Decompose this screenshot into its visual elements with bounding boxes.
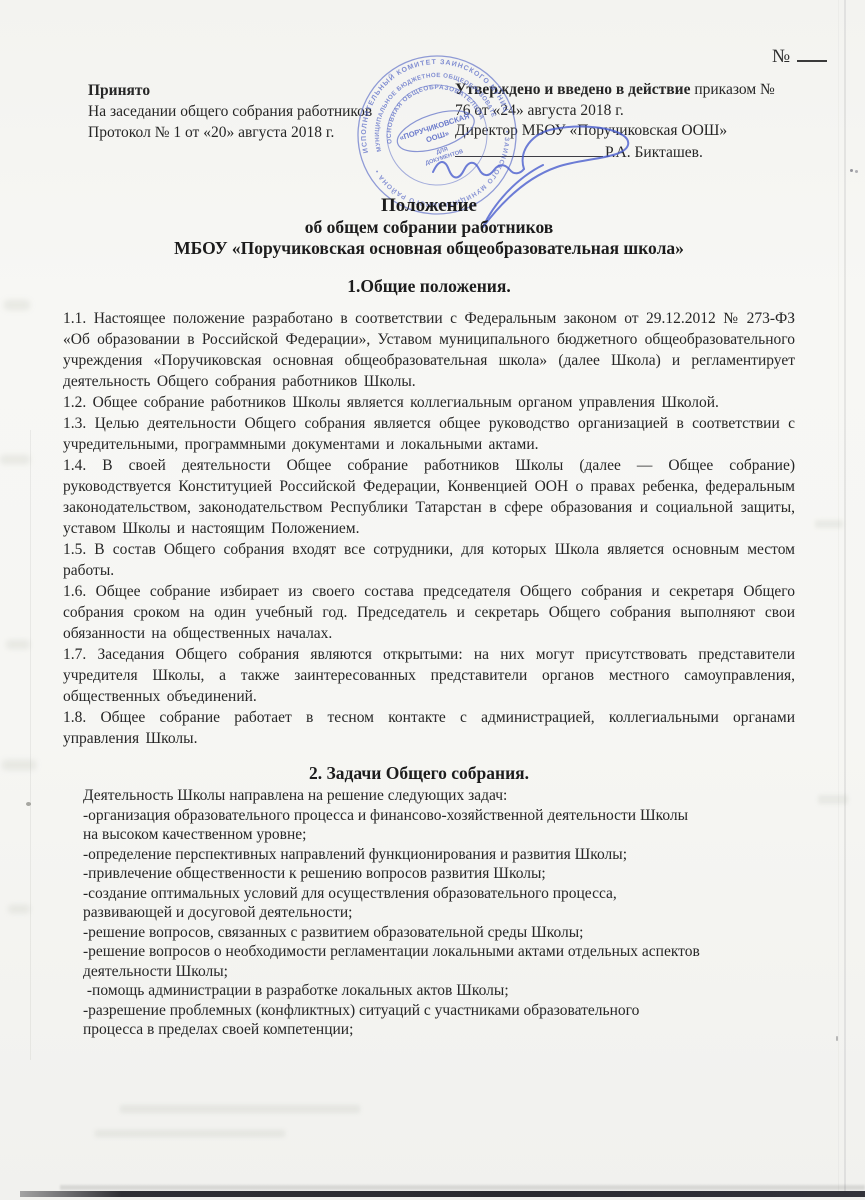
- task-item: -определение перспективных направлений ф…: [83, 845, 701, 865]
- section-tasks: 2. Задачи Общего собрания. Деятельность …: [83, 763, 701, 1040]
- section-2-intro: Деятельность Школы направлена на решение…: [83, 786, 701, 806]
- document-body: 1.Общие положения. 1.1. Настоящее положе…: [63, 276, 795, 1040]
- scan-bottom-shadow: [60, 1185, 865, 1190]
- title-line3: МБОУ «Поручиковская основная общеобразов…: [63, 238, 795, 259]
- paragraph-1-6: 1.6. Общее собрание избирает из своего с…: [63, 581, 795, 644]
- approved-rest: приказом №: [690, 81, 774, 98]
- ink-bleed: [95, 1130, 285, 1137]
- title-line2: об общем собрании работников: [63, 217, 795, 238]
- ink-bleed: [2, 760, 36, 770]
- signature-stroke: [433, 162, 524, 178]
- scan-fold-line: [30, 430, 31, 1060]
- ink-bleed: [818, 795, 848, 804]
- scan-edge-line: [844, 0, 846, 1191]
- paragraph-1-5: 1.5. В состав Общего собрания входят все…: [63, 539, 795, 581]
- ink-bleed: [120, 1105, 360, 1113]
- title-line1: Положение: [63, 194, 795, 217]
- task-item: -решение вопросов, связанных с развитием…: [83, 923, 701, 943]
- doc-number-label: №: [772, 46, 790, 67]
- task-item: -организация образовательного процесса и…: [83, 806, 701, 845]
- doc-number-blank-line: [797, 40, 827, 62]
- scan-speck: [850, 169, 853, 172]
- scan-bottom-edge: [20, 1191, 865, 1197]
- task-item: -создание оптимальных условий для осущес…: [83, 884, 701, 923]
- paragraph-1-7: 1.7. Заседания Общего собрания являются …: [63, 644, 795, 707]
- paragraph-1-3: 1.3. Целью деятельности Общего собрания …: [63, 413, 795, 455]
- task-item: -привлечение общественности к решению во…: [83, 864, 701, 884]
- section-2-heading: 2. Задачи Общего собрания.: [63, 763, 775, 784]
- scanned-document-page: № Принято На заседании общего собрания р…: [0, 0, 865, 1200]
- ink-bleed: [4, 300, 30, 310]
- document-title: Положение об общем собрании работников М…: [63, 194, 795, 259]
- paragraph-1-8: 1.8. Общее собрание работает в тесном ко…: [63, 707, 795, 749]
- doc-number: №: [772, 40, 827, 68]
- ink-bleed: [6, 640, 30, 649]
- section-1-heading: 1.Общие положения.: [63, 276, 795, 297]
- paragraph-1-4: 1.4. В своей деятельности Общее собрание…: [63, 455, 795, 539]
- scan-speck: [836, 1036, 838, 1041]
- task-item: -помощь администрации в разработке локал…: [83, 981, 701, 1001]
- task-item: -разрешение проблемных (конфликтных) сит…: [83, 1001, 701, 1040]
- ink-bleed: [815, 520, 843, 528]
- ink-bleed: [8, 905, 30, 913]
- ink-bleed: [0, 455, 30, 464]
- section-general: 1.Общие положения. 1.1. Настоящее положе…: [63, 276, 795, 749]
- scan-speck: [26, 802, 31, 806]
- paragraph-1-1: 1.1. Настоящее положение разработано в с…: [63, 308, 795, 392]
- scan-edge-line: [838, 0, 839, 1191]
- paragraph-1-2: 1.2. Общее собрание работников Школы явл…: [63, 392, 795, 413]
- task-item: -решение вопросов о необходимости реглам…: [83, 942, 701, 981]
